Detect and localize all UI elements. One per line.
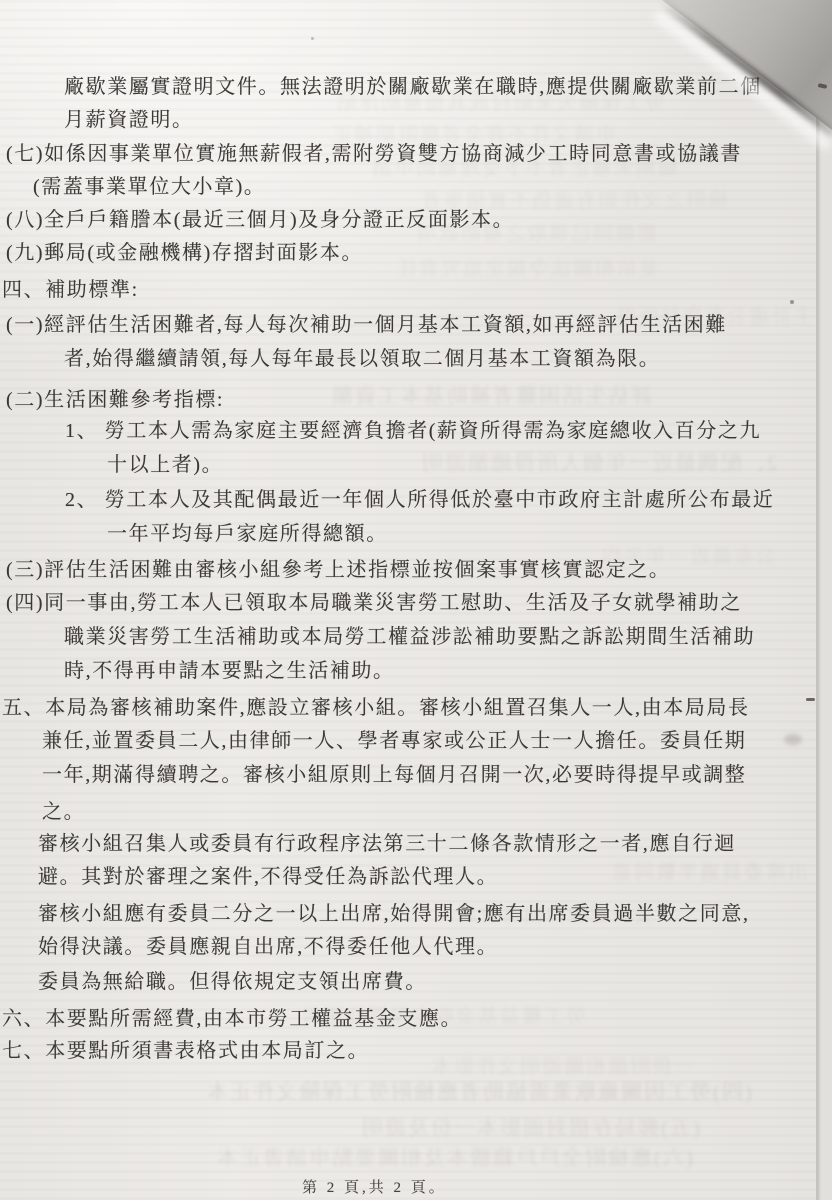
paper-right-edge: [816, 0, 832, 1200]
doc-line: 者,始得繼續請領,每人每年最長以領取二個月基本工資額為限。: [64, 346, 660, 372]
doc-line: 廠歇業屬實證明文件。無法證明於關廠歇業在職時,應提供關廠歇業前二個: [64, 74, 762, 100]
doc-line: (四)同一事由,勞工本人已領取本局職業災害勞工慰助、生活及子女就學補助之: [6, 590, 742, 616]
doc-line: 2、 勞工本人及其配偶最近一年個人所得低於臺中市政府主計處所公布最近: [65, 487, 774, 513]
scanned-document-page: 勞工保險失業給付或其他補助津貼 申請文件不齊全者應限期補正 屆期未補正者不予受理…: [0, 0, 832, 1200]
doc-line: (七)如係因事業單位實施無薪假者,需附勞資雙方協商減少工時同意書或協議書: [6, 141, 742, 167]
doc-line: 之。: [42, 799, 85, 825]
doc-line: 審核小組召集人或委員有行政程序法第三十二條各款情形之一者,應自行迴: [38, 831, 736, 857]
doc-line: (二)生活困難參考指標:: [6, 387, 224, 413]
bleed-through-text: (五)郵局存摺封面影本一份及證明: [360, 1112, 700, 1142]
bleed-through-text: 出席委員過半數同意: [610, 856, 808, 885]
doc-line: 審核小組應有委員二分之一以上出席,始得開會;應有出席委員過半數之同意,: [38, 901, 750, 927]
doc-section-heading: 七、本要點所須書表格式由本局訂之。: [2, 1038, 369, 1064]
doc-line: 月薪資證明。: [64, 107, 194, 133]
doc-section-heading: 四、補助標準:: [2, 277, 139, 303]
doc-section-heading: 六、本要點所需經費,由本市勞工權益基金支應。: [2, 1006, 462, 1032]
doc-line: (三)評估生活困難由審核小組參考上述指標並按個案事實核實認定之。: [6, 557, 671, 583]
doc-line: 十以上者)。: [107, 452, 223, 478]
doc-line: (一)經評估生活困難者,每人每次補助一個月基本工資額,如再經評估生活困難: [6, 312, 727, 338]
scan-speck: [311, 37, 314, 40]
doc-line: 避。其對於審理之案件,不得受任為訴訟代理人。: [38, 864, 498, 890]
doc-line: 職業災害勞工生活補助或本局勞工權益涉訟補助要點之訴訟期間生活補助: [64, 624, 755, 650]
doc-line: 一年平均每戶家庭所得總額。: [107, 521, 388, 547]
page-number-footer: 第 2 頁,共 2 頁。: [302, 1176, 447, 1197]
bleed-through-text: (四)勞工因關廠歇業需協助者應檢附勞工保險文件正本: [205, 1076, 752, 1106]
doc-line: 1、 勞工本人需為家庭主要經濟負擔者(薪資所得需為家庭總收入百分之九: [65, 418, 761, 444]
doc-line: 始得決議。委員應親自出席,不得委任他人代理。: [38, 934, 498, 960]
bleed-through-text: (六)應檢附全戶戶籍謄本及相關要點申請書正本: [215, 1142, 693, 1172]
scan-smudge: [784, 734, 802, 745]
bleed-through-text: 一併附繳相關證明文件影本: [430, 1050, 694, 1079]
bleed-through-text: 2、配偶最近一年個人所得總額證明: [420, 447, 778, 477]
bleed-through-text: 評估生活困難者補助基本工資額: [330, 380, 652, 410]
doc-line: (九)郵局(或金融機構)存摺封面影本。: [6, 240, 363, 266]
doc-line: (需蓋事業單位大小章)。: [33, 174, 266, 200]
scan-speck: [806, 698, 815, 701]
doc-line: 時,不得再申請本要點之生活補助。: [64, 658, 395, 684]
doc-line: 兼任,並置委員二人,由律師一人、學者專家或公正人士一人擔任。委員任期: [42, 728, 746, 754]
doc-line: (八)全戶戶籍謄本(最近三個月)及身分證正反面影本。: [6, 207, 514, 233]
doc-line: 委員為無給職。但得依規定支領出席費。: [38, 969, 427, 995]
doc-section-heading: 五、本局為審核補助案件,應設立審核小組。審核小組置召集人一人,由本局局長: [2, 695, 750, 721]
bleed-through-text: 並依相關法令規定追究責任: [395, 252, 659, 281]
scan-speck: [790, 300, 794, 304]
doc-line: 一年,期滿得續聘之。審核小組原則上每個月召開一次,必要時得提早或調整: [42, 762, 746, 788]
